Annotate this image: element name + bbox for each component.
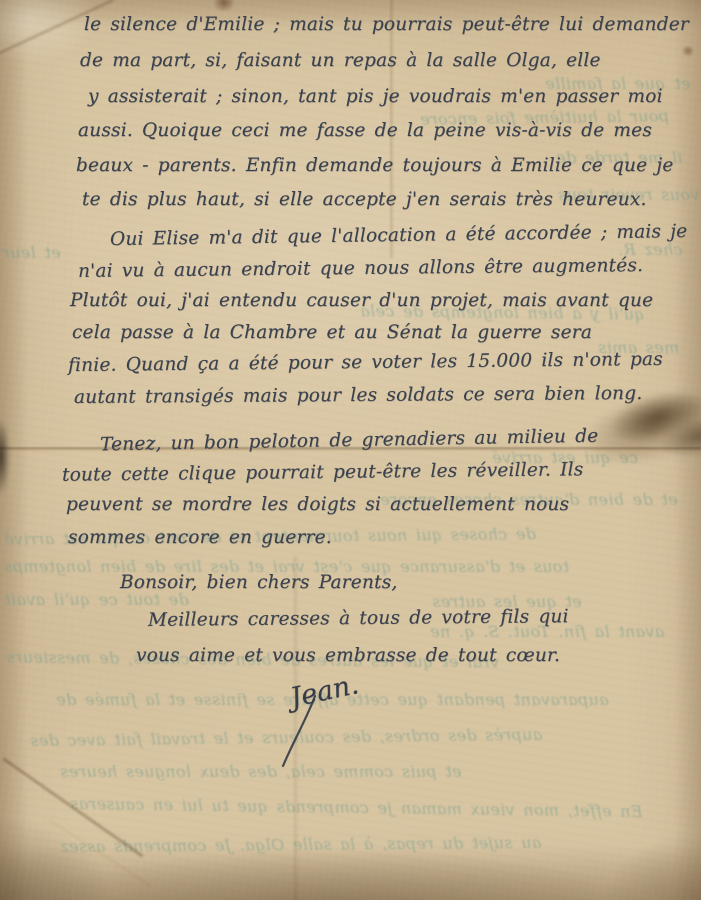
farewell-line: Bonsoir, bien chers Parents,: [120, 572, 397, 593]
bleed-through-line: et puis comme cela, des deux longues heu…: [60, 762, 462, 781]
stain-top-right-dot: [682, 46, 694, 56]
letter-line: te dis plus haut, si elle accepte j'en s…: [82, 189, 647, 210]
bleed-through-line: et leur: [2, 243, 61, 262]
letter-line: de ma part, si, faisant un repas à la sa…: [80, 50, 601, 71]
letter-line: sommes encore en guerre.: [68, 527, 332, 548]
letter-line: autant transigés mais pour les soldats c…: [74, 383, 643, 408]
letter-line: finie. Quand ça a été pour se voter les …: [68, 349, 663, 376]
letter-line: le silence d'Emilie ; mais tu pourrais p…: [84, 14, 689, 35]
signature-flourish: [279, 692, 323, 772]
bleed-through-line: au sujet du repas, à la salle Olga. Je c…: [60, 833, 542, 856]
farewell-line: vous aime et vous embrasse de tout cœur.: [136, 645, 560, 666]
bleed-through-line: En effet, mon vieux maman je comprends q…: [70, 794, 643, 821]
letter-line: y assisterait ; sinon, tant pis je voudr…: [88, 86, 663, 107]
letter-line: peuvent se mordre les doigts si actuelle…: [66, 494, 569, 515]
letter-line: Plutôt oui, j'ai entendu causer d'un pro…: [70, 290, 653, 311]
stain-left-edge: [0, 405, 20, 520]
letter-line: Oui Elise m'a dit que l'allocation a été…: [110, 221, 688, 250]
letter-line: cela passe à la Chambre et au Sénat la g…: [72, 322, 592, 343]
farewell-line: Meilleurs caresses à tous de votre fils …: [148, 606, 569, 631]
stain-top-spot: [214, 0, 234, 11]
letter-page: et que la famille pour la huitième fois …: [0, 0, 701, 900]
letter-line: aussi. Quoique ceci me fasse de la peine…: [78, 120, 652, 141]
letter-line: n'ai vu à aucun endroit que nous allons …: [78, 255, 643, 282]
letter-line: beaux - parents. Enfin demande toujours …: [76, 155, 673, 176]
letter-line: toute cette clique pourrait peut-être le…: [62, 459, 584, 485]
